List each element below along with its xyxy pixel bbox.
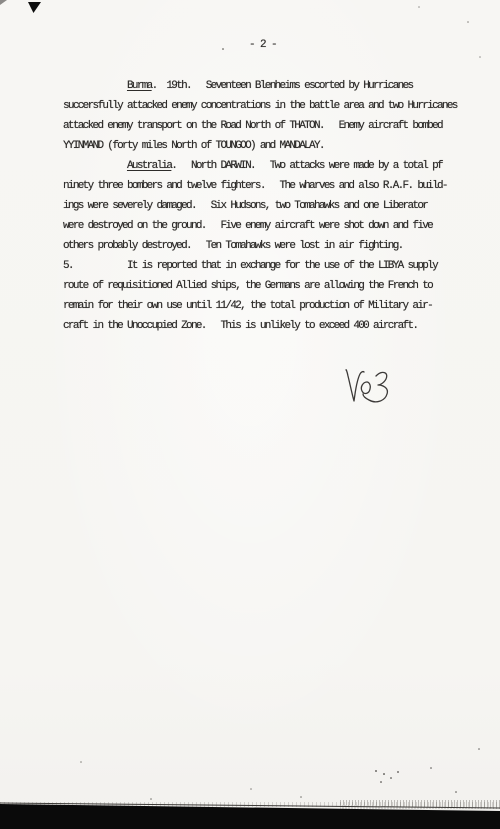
document-line: Australia. North DARWIN. Two attacks wer… bbox=[63, 156, 473, 176]
noise-speck bbox=[455, 791, 457, 793]
line-text: . North DARWIN. Two attacks were made by… bbox=[171, 160, 442, 172]
scan-bottom-band bbox=[0, 799, 500, 829]
underlined-word: Burma bbox=[127, 80, 152, 92]
line-text bbox=[63, 80, 127, 92]
line-text: route of requisitioned Allied ships, the… bbox=[63, 280, 432, 292]
line-text: remain for their own use until 11/42, th… bbox=[63, 300, 432, 312]
document-line: ings were severely damaged. Six Hudsons,… bbox=[63, 196, 473, 216]
noise-speck bbox=[375, 770, 377, 772]
document-line: ninety three bombers and twelve fighters… bbox=[63, 176, 473, 196]
document-line: Burma. 19th. Seventeen Blenheims escorte… bbox=[63, 76, 473, 96]
document-line: YYINMAND (forty miles North of TOUNGOO) … bbox=[63, 136, 473, 156]
noise-speck bbox=[80, 761, 82, 763]
noise-speck bbox=[478, 748, 480, 750]
handwritten-initials bbox=[338, 364, 404, 418]
line-text: YYINMAND (forty miles North of TOUNGOO) … bbox=[63, 140, 324, 152]
document-line: succersfully attacked enemy concentratio… bbox=[63, 96, 473, 116]
underlined-word: Australia bbox=[127, 160, 171, 172]
document-line: remain for their own use until 11/42, th… bbox=[63, 296, 473, 316]
document-line: others probably destroyed. Ten Tomahawks… bbox=[63, 236, 473, 256]
noise-speck bbox=[150, 798, 152, 800]
line-text: others probably destroyed. Ten Tomahawks… bbox=[63, 240, 403, 252]
noise-speck bbox=[397, 771, 399, 773]
document-line: route of requisitioned Allied ships, the… bbox=[63, 276, 473, 296]
document-line: attacked enemy transport on the Road Nor… bbox=[63, 116, 473, 136]
scan-edge-smudge bbox=[0, 0, 7, 5]
page-number: - 2 - bbox=[249, 39, 277, 51]
line-text: ninety three bombers and twelve fighters… bbox=[63, 180, 447, 192]
line-text: attacked enemy transport on the Road Nor… bbox=[63, 120, 442, 132]
line-text: succersfully attacked enemy concentratio… bbox=[63, 100, 457, 112]
noise-speck bbox=[380, 781, 382, 783]
document-body: Burma. 19th. Seventeen Blenheims escorte… bbox=[63, 76, 473, 336]
noise-speck bbox=[250, 788, 252, 790]
noise-speck bbox=[222, 48, 224, 50]
document-line: craft in the Unoccupied Zone. This is un… bbox=[63, 316, 473, 336]
noise-speck bbox=[430, 767, 432, 769]
line-text: craft in the Unoccupied Zone. This is un… bbox=[63, 320, 417, 332]
line-text: were destroyed on the ground. Five enemy… bbox=[63, 220, 432, 232]
document-line: were destroyed on the ground. Five enemy… bbox=[63, 216, 473, 236]
corner-fold-mark bbox=[28, 2, 41, 13]
line-text bbox=[63, 160, 127, 172]
noise-speck bbox=[390, 777, 392, 779]
document-line: 5. It is reported that in exchange for t… bbox=[63, 256, 473, 276]
line-text: . 19th. Seventeen Blenheims escorted by … bbox=[152, 80, 413, 92]
line-text: ings were severely damaged. Six Hudsons,… bbox=[63, 200, 427, 212]
noise-speck bbox=[479, 56, 481, 58]
noise-speck bbox=[383, 773, 385, 775]
noise-speck bbox=[418, 6, 420, 8]
scanned-page: - 2 - Burma. 19th. Seventeen Blenheims e… bbox=[0, 0, 500, 829]
noise-speck bbox=[300, 796, 302, 798]
line-text: 5. It is reported that in exchange for t… bbox=[63, 260, 437, 272]
noise-speck bbox=[467, 21, 469, 23]
